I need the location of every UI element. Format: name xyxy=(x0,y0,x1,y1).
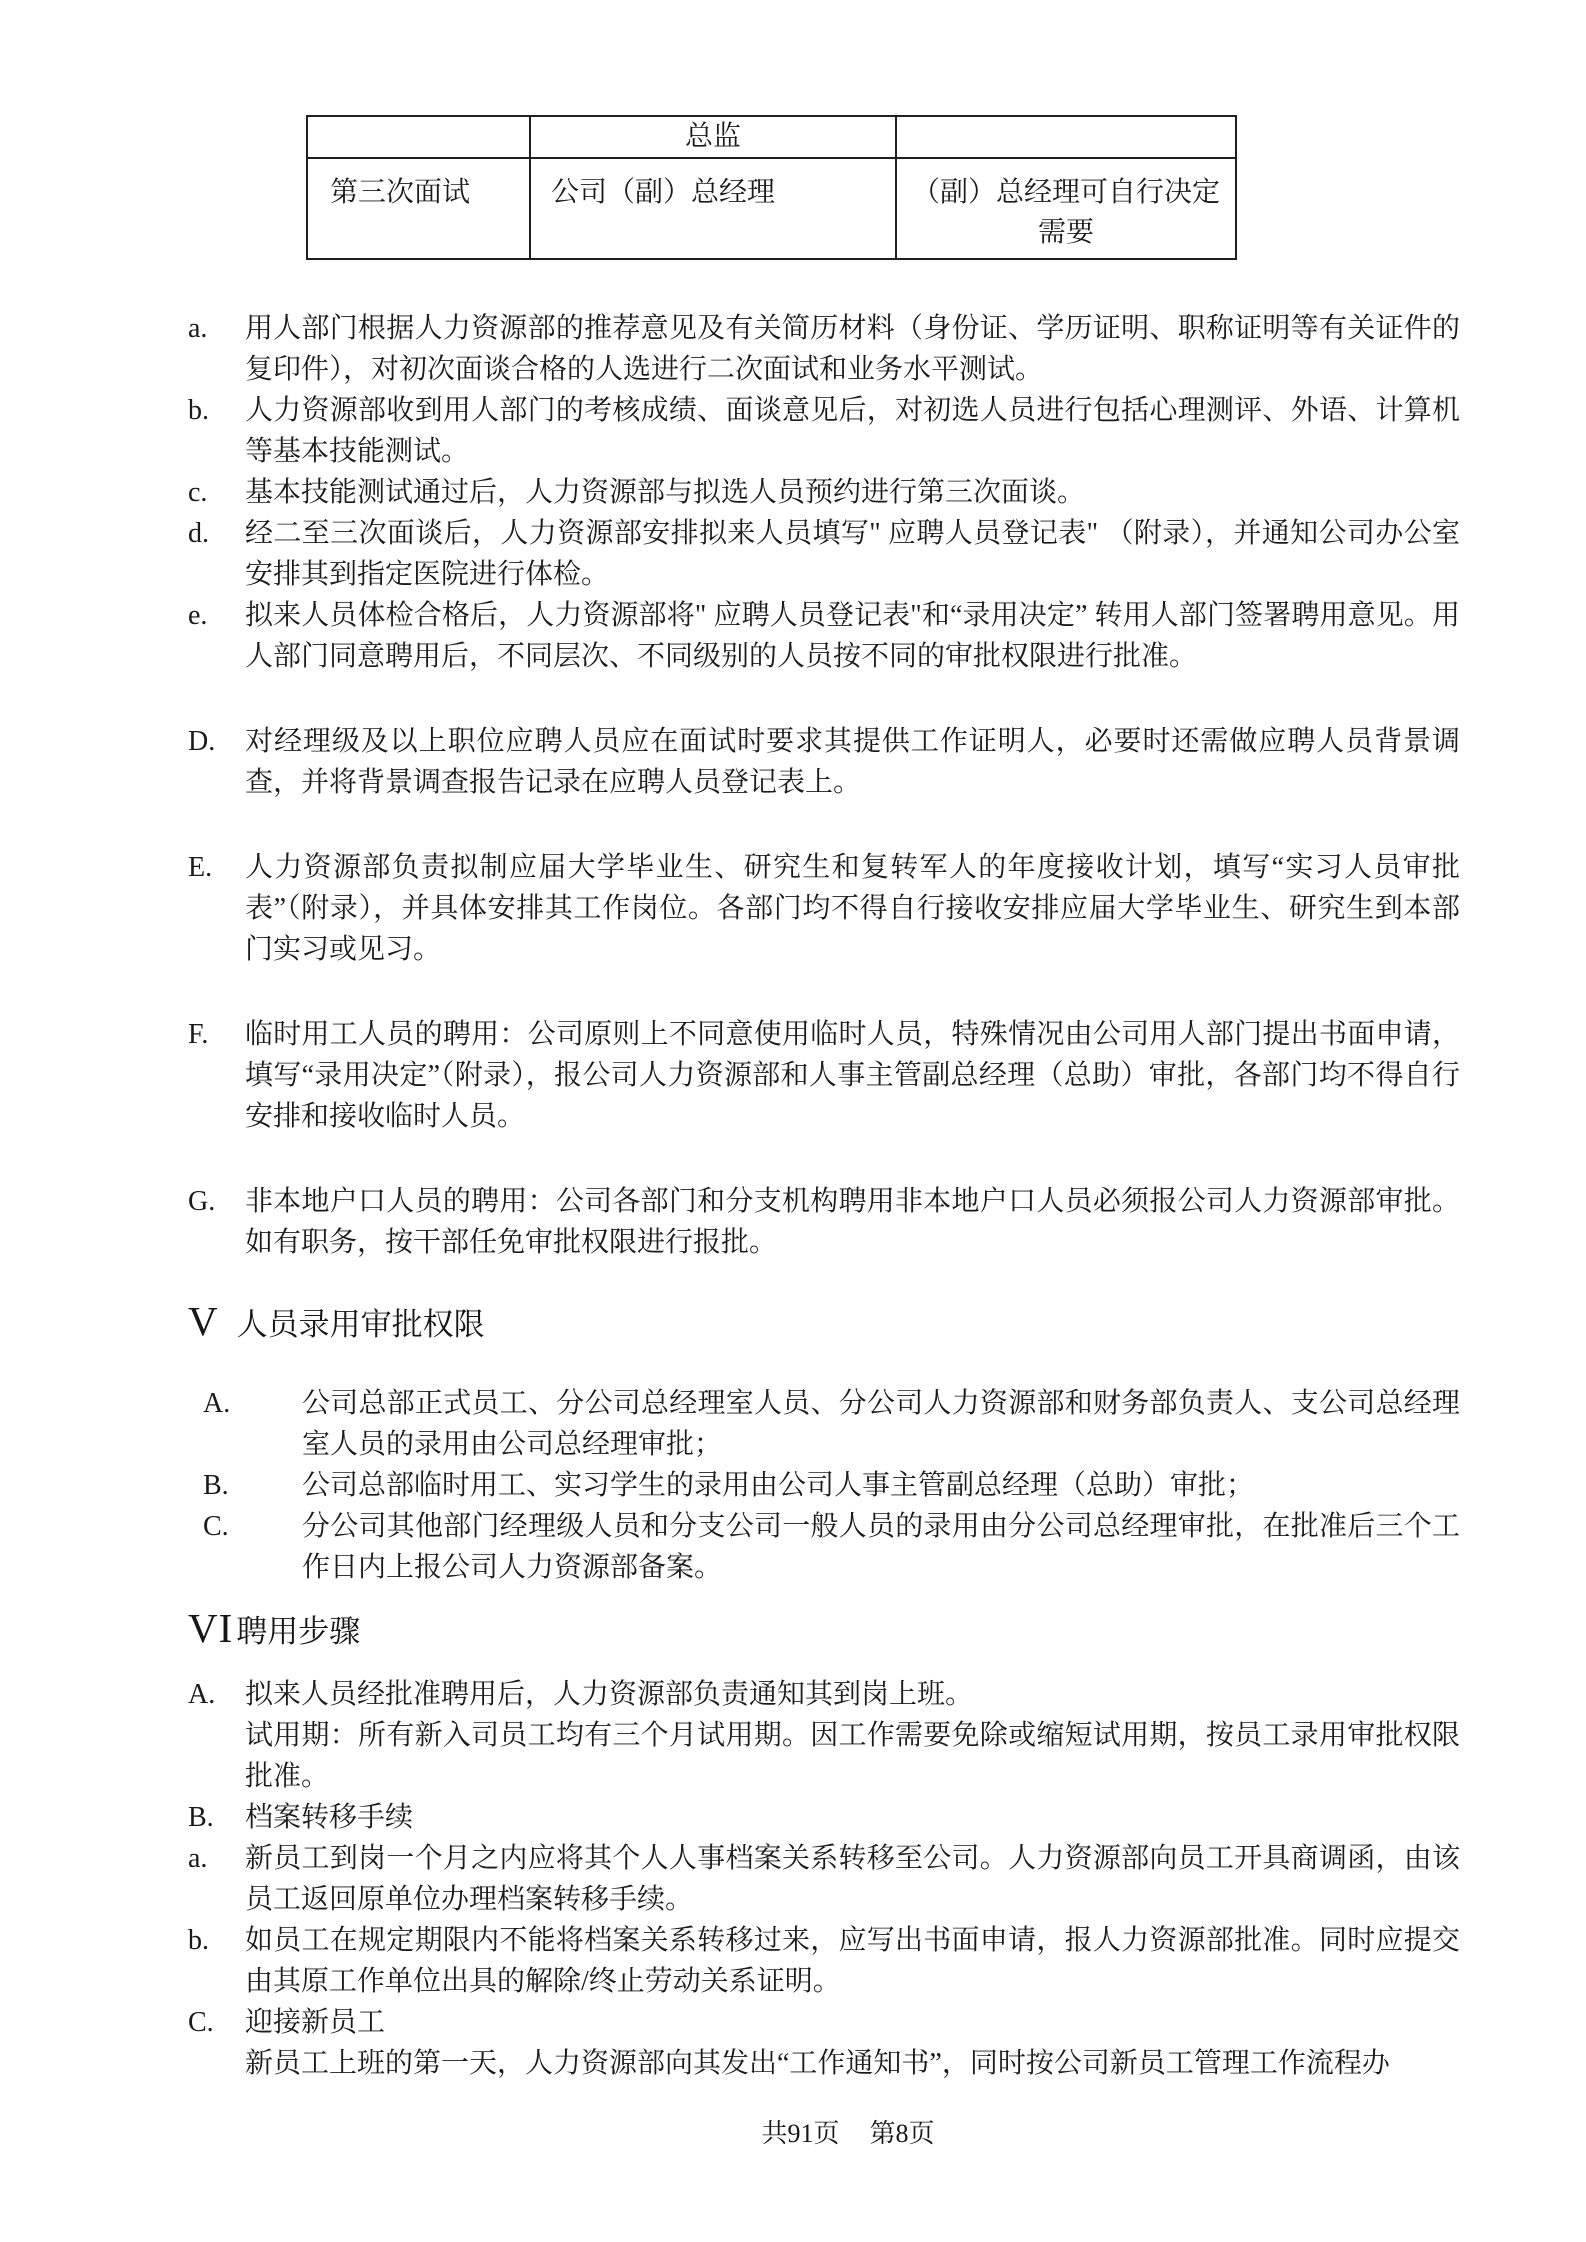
item-label: A. xyxy=(203,1383,302,1465)
table-cell xyxy=(896,116,1236,158)
document-page: 总监 第三次面试 公司（副）总经理 （副）总经理可自行决定需要 a. 用人部门根… xyxy=(0,0,1586,2242)
item-text: 公司总部正式员工、分公司总经理室人员、分公司人力资源部和财务部负责人、支公司总经… xyxy=(302,1383,1460,1465)
item-text: 如员工在规定期限内不能将档案关系转移过来，应写出书面申请，报人力资源部批准。同时… xyxy=(245,1920,1460,2002)
list-item: G. 非本地户口人员的聘用：公司各部门和分支机构聘用非本地户口人员必须报公司人力… xyxy=(0,1181,1586,1263)
table-cell: 公司（副）总经理 xyxy=(530,158,896,259)
section-number: VI xyxy=(188,1604,233,1652)
list-item: B. 档案转移手续 xyxy=(0,1797,1586,1838)
item-label: F. xyxy=(188,1014,245,1137)
item-text: 公司总部临时用工、实习学生的录用由公司人事主管副总经理（总助）审批； xyxy=(302,1465,1460,1506)
item-text: 经二至三次面谈后，人力资源部安排拟来人员填写" 应聘人员登记表" （附录），并通… xyxy=(245,513,1460,595)
section-heading-vi: VI 聘用步骤 xyxy=(0,1604,1586,1654)
item-text: 用人部门根据人力资源部的推荐意见及有关简历材料（身份证、学历证明、职称证明等有关… xyxy=(245,308,1460,390)
list-item: C. 分公司其他部门经理级人员和分支公司一般人员的录用由分公司总经理审批，在批准… xyxy=(0,1506,1586,1588)
item-label: D. xyxy=(188,721,245,803)
interview-approval-table: 总监 第三次面试 公司（副）总经理 （副）总经理可自行决定需要 xyxy=(306,115,1237,260)
list-item: a. 新员工到岗一个月之内应将其个人人事档案关系转移至公司。人力资源部向员工开具… xyxy=(0,1838,1586,1920)
list-item: C. 迎接新员工 xyxy=(0,2002,1586,2043)
item-text: 分公司其他部门经理级人员和分支公司一般人员的录用由分公司总经理审批，在批准后三个… xyxy=(302,1506,1460,1588)
item-label: B. xyxy=(188,1797,245,1838)
item-text: 非本地户口人员的聘用：公司各部门和分支机构聘用非本地户口人员必须报公司人力资源部… xyxy=(245,1181,1460,1263)
table-cell xyxy=(307,116,530,158)
item-label: b. xyxy=(188,1920,245,2002)
total-pages: 共91页 xyxy=(761,2119,839,2148)
item-continuation: 试用期：所有新入司员工均有三个月试用期。因工作需要免除或缩短试用期，按员工录用审… xyxy=(0,1715,1586,1797)
section-number: V xyxy=(188,1297,219,1345)
section-heading-v: V 人员录用审批权限 xyxy=(0,1297,1586,1347)
table-cell: 总监 xyxy=(530,116,896,158)
approval-authority-list: A. 公司总部正式员工、分公司总经理室人员、分公司人力资源部和财务部负责人、支公… xyxy=(0,1383,1586,1588)
item-text: 临时用工人员的聘用：公司原则上不同意使用临时人员，特殊情况由公司用人部门提出书面… xyxy=(245,1014,1460,1137)
item-label: a. xyxy=(188,308,245,390)
item-label: A. xyxy=(188,1674,245,1715)
list-item: e. 拟来人员体检合格后，人力资源部将" 应聘人员登记表"和“录用决定” 转用人… xyxy=(0,595,1586,677)
list-item: a. 用人部门根据人力资源部的推荐意见及有关简历材料（身份证、学历证明、职称证明… xyxy=(0,308,1586,390)
page-footer: 共91页第8页 xyxy=(0,2118,1586,2150)
item-continuation: 新员工上班的第一天，人力资源部向其发出“工作通知书”，同时按公司新员工管理工作流… xyxy=(0,2043,1586,2084)
list-item: B. 公司总部临时用工、实习学生的录用由公司人事主管副总经理（总助）审批； xyxy=(0,1465,1586,1506)
employment-steps-list: A. 拟来人员经批准聘用后，人力资源部负责通知其到岗上班。 试用期：所有新入司员… xyxy=(0,1674,1586,2084)
list-item: A. 公司总部正式员工、分公司总经理室人员、分公司人力资源部和财务部负责人、支公… xyxy=(0,1383,1586,1465)
item-label: C. xyxy=(203,1506,302,1588)
list-item: D. 对经理级及以上职位应聘人员应在面试时要求其提供工作证明人，必要时还需做应聘… xyxy=(0,721,1586,803)
page-number: 第8页 xyxy=(870,2119,935,2148)
item-label: B. xyxy=(203,1465,302,1506)
table-cell: 第三次面试 xyxy=(307,158,530,259)
table-header-row: 总监 xyxy=(307,116,1236,158)
item-text: 基本技能测试通过后，人力资源部与拟选人员预约进行第三次面谈。 xyxy=(245,472,1460,513)
item-label: e. xyxy=(188,595,245,677)
list-item: b. 如员工在规定期限内不能将档案关系转移过来，应写出书面申请，报人力资源部批准… xyxy=(0,1920,1586,2002)
procedure-steps-list: a. 用人部门根据人力资源部的推荐意见及有关简历材料（身份证、学历证明、职称证明… xyxy=(0,308,1586,677)
item-label: G. xyxy=(188,1181,245,1263)
section-title: 人员录用审批权限 xyxy=(237,1299,485,1344)
item-text: 新员工到岗一个月之内应将其个人人事档案关系转移至公司。人力资源部向员工开具商调函… xyxy=(245,1838,1460,1920)
item-text: 对经理级及以上职位应聘人员应在面试时要求其提供工作证明人，必要时还需做应聘人员背… xyxy=(245,721,1460,803)
item-label: E. xyxy=(188,847,245,970)
item-label: C. xyxy=(188,2002,245,2043)
table-cell: （副）总经理可自行决定需要 xyxy=(896,158,1236,259)
item-text: 档案转移手续 xyxy=(245,1797,1460,1838)
list-item: E. 人力资源部负责拟制应届大学毕业生、研究生和复转军人的年度接收计划，填写“实… xyxy=(0,847,1586,970)
list-item: b. 人力资源部收到用人部门的考核成绩、面谈意见后，对初选人员进行包括心理测评、… xyxy=(0,390,1586,472)
item-label: d. xyxy=(188,513,245,595)
section-title: 聘用步骤 xyxy=(236,1606,360,1651)
item-label: c. xyxy=(188,472,245,513)
table-row: 第三次面试 公司（副）总经理 （副）总经理可自行决定需要 xyxy=(307,158,1236,259)
item-text: 拟来人员体检合格后，人力资源部将" 应聘人员登记表"和“录用决定” 转用人部门签… xyxy=(245,595,1460,677)
item-label: b. xyxy=(188,390,245,472)
list-item: c. 基本技能测试通过后，人力资源部与拟选人员预约进行第三次面谈。 xyxy=(0,472,1586,513)
list-item: F. 临时用工人员的聘用：公司原则上不同意使用临时人员，特殊情况由公司用人部门提… xyxy=(0,1014,1586,1137)
item-text: 人力资源部收到用人部门的考核成绩、面谈意见后，对初选人员进行包括心理测评、外语、… xyxy=(245,390,1460,472)
item-text: 迎接新员工 xyxy=(245,2002,1460,2043)
list-item: A. 拟来人员经批准聘用后，人力资源部负责通知其到岗上班。 xyxy=(0,1674,1586,1715)
item-label: a. xyxy=(188,1838,245,1920)
list-item: d. 经二至三次面谈后，人力资源部安排拟来人员填写" 应聘人员登记表" （附录）… xyxy=(0,513,1586,595)
item-text: 人力资源部负责拟制应届大学毕业生、研究生和复转军人的年度接收计划，填写“实习人员… xyxy=(245,847,1460,970)
item-text: 拟来人员经批准聘用后，人力资源部负责通知其到岗上班。 xyxy=(245,1674,1460,1715)
